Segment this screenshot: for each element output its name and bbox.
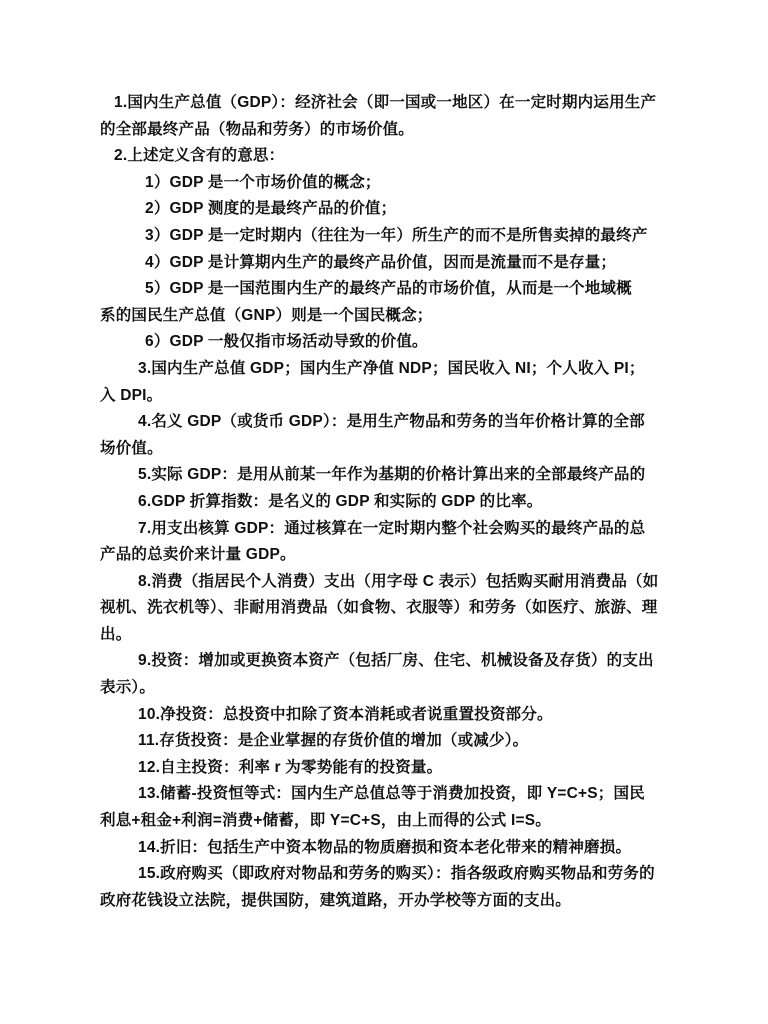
doc-line: 6）GDP 一般仅指市场活动导致的价值。	[100, 329, 660, 356]
doc-line: 系的国民生产总值（GNP）则是一个国民概念；	[100, 303, 660, 330]
doc-line: 14.折旧：包括生产中资本物品的物质磨损和资本老化带来的精神磨损。	[100, 835, 660, 862]
doc-line: 1.国内生产总值（GDP）：经济社会（即一国或一地区）在一定时期内运用生产要素所…	[100, 90, 660, 117]
doc-line: 15.政府购买（即政府对物品和劳务的购买）：指各级政府购买物品和劳务的支出，如	[100, 861, 660, 888]
doc-line: 出。	[100, 622, 660, 649]
doc-line: 表示）。	[100, 675, 660, 702]
doc-line: 5.实际 GDP：是用从前某一年作为基期的价格计算出来的全部最终产品的市场价值。	[100, 462, 660, 489]
doc-line: 11.存货投资：是企业掌握的存货价值的增加（或减少）。	[100, 728, 660, 755]
doc-line: 3.国内生产总值 GDP；国内生产净值 NDP；国民收入 NI；个人收入 PI；…	[100, 356, 660, 383]
doc-line: 2）GDP 测度的是最终产品的价值；	[100, 196, 660, 223]
doc-line: 产品的总卖价来计量 GDP。	[100, 542, 660, 569]
doc-line: 入 DPI。	[100, 383, 660, 410]
doc-line: 视机、洗衣机等）、非耐用消费品（如食物、衣服等）和劳务（如医疗、旅游、理发等）的…	[100, 595, 660, 622]
doc-line: 4.名义 GDP（或货币 GDP）：是用生产物品和劳务的当年价格计算的全部最终产…	[100, 409, 660, 436]
doc-line: 12.自主投资：利率 r 为零势能有的投资量。	[100, 755, 660, 782]
doc-line: 9.投资：增加或更换资本资产（包括厂房、住宅、机械设备及存货）的支出（用字母 I	[100, 648, 660, 675]
doc-line: 政府花钱设立法院，提供国防，建筑道路，开办学校等方面的支出。	[100, 888, 660, 915]
doc-line: 利息+租金+利润=消费+储蓄，即 Y=C+S，由上而得的公式 I=S。	[100, 808, 660, 835]
doc-line: 5）GDP 是一国范围内生产的最终产品的市场价值，从而是一个地域概念，而与此相联	[100, 276, 660, 303]
doc-line: 场价值。	[100, 436, 660, 463]
doc-line: 7.用支出核算 GDP：通过核算在一定时期内整个社会购买的最终产品的总支出即最终	[100, 516, 660, 543]
document-text-block: 1.国内生产总值（GDP）：经济社会（即一国或一地区）在一定时期内运用生产要素所…	[100, 90, 660, 914]
document-page: 1.国内生产总值（GDP）：经济社会（即一国或一地区）在一定时期内运用生产要素所…	[0, 0, 768, 1024]
doc-line: 10.净投资：总投资中扣除了资本消耗或者说重置投资部分。	[100, 702, 660, 729]
doc-line: 2.上述定义含有的意思：	[100, 143, 660, 170]
doc-line: 的全部最终产品（物品和劳务）的市场价值。	[100, 117, 660, 144]
doc-line: 1）GDP 是一个市场价值的概念；	[100, 170, 660, 197]
doc-line: 6.GDP 折算指数：是名义的 GDP 和实际的 GDP 的比率。	[100, 489, 660, 516]
doc-line: 3）GDP 是一定时期内（往往为一年）所生产的而不是所售卖掉的最终产品价值；	[100, 223, 660, 250]
doc-line: 8.消费（指居民个人消费）支出（用字母 C 表示）包括购买耐用消费品（如小汽车、…	[100, 569, 660, 596]
doc-line: 4）GDP 是计算期内生产的最终产品价值，因而是流量而不是存量；	[100, 250, 660, 277]
doc-line: 13.储蓄-投资恒等式：国内生产总值总等于消费加投资，即 Y=C+S；国民收入=…	[100, 781, 660, 808]
